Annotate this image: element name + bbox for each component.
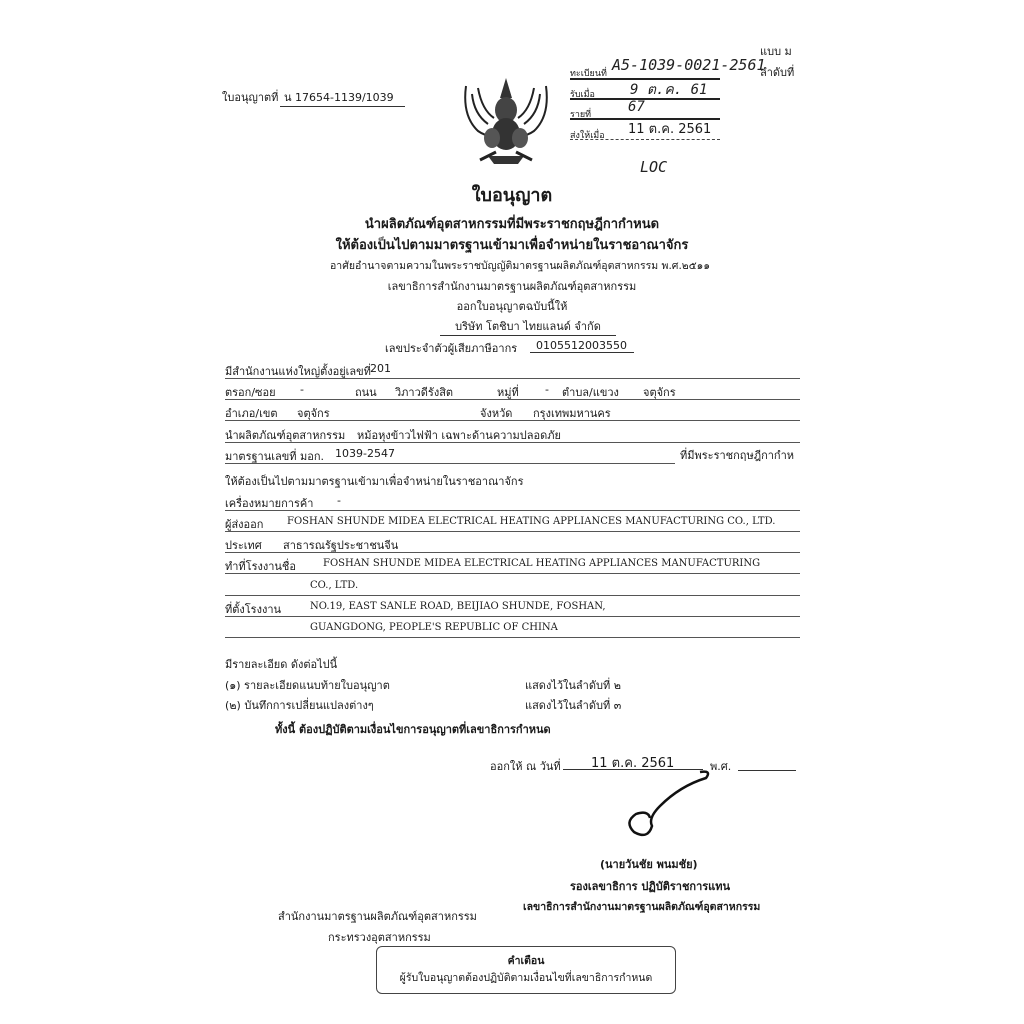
hq-value: 201: [370, 362, 391, 375]
address-row-2: อำเภอ/เขต จตุจักร จังหวัด กรุงเทพมหานคร: [225, 403, 800, 421]
amphoe-value: จตุจักร: [297, 404, 330, 422]
road-value: วิภาวดีรังสิต: [395, 383, 453, 401]
office-line-1: สำนักงานมาตรฐานผลิตภัณฑ์อุตสาหกรรม: [278, 907, 477, 925]
tax-id-value: 0105512003550: [530, 339, 634, 353]
condition-text: ทั้งนี้ ต้องปฏิบัติตามเงื่อนไขการอนุญาตท…: [275, 720, 551, 738]
factory-label: ทำที่โรงงานชื่อ: [225, 557, 296, 575]
factory-value-2: CO., LTD.: [310, 580, 358, 591]
document-title: ใบอนุญาต: [0, 180, 1024, 209]
product-label: นำผลิตภัณฑ์อุตสาหกรรม: [225, 426, 345, 444]
province-label: จังหวัด: [480, 404, 512, 422]
title-line-2: ให้ต้องเป็นไปตามมาตรฐานเข้ามาเพื่อจำหน่า…: [0, 234, 1024, 255]
address-row-1: ตรอก/ซอย - ถนน วิภาวดีรังสิต หมู่ที่ - ต…: [225, 382, 800, 400]
soi-value: -: [300, 383, 304, 396]
standard-row: มาตรฐานเลขที่ มอก. 1039-2547: [225, 446, 675, 464]
title-line-4: เลขาธิการสำนักงานมาตรฐานผลิตภัณฑ์อุตสาหก…: [0, 277, 1024, 295]
soi-label: ตรอก/ซอย: [225, 383, 276, 401]
details-item-2-ref: แสดงไว้ในลำดับที่ ๓: [525, 696, 621, 714]
location-row-2: GUANGDONG, PEOPLE'S REPUBLIC OF CHINA: [225, 620, 800, 638]
issue-era-line: [738, 753, 796, 771]
warning-box: คำเตือน ผู้รับใบอนุญาตต้องปฏิบัติตามเงื่…: [376, 946, 676, 994]
details-heading: มีรายละเอียด ดังต่อไปนี้: [225, 655, 337, 673]
issue-label: ออกให้ ณ วันที่: [490, 757, 561, 775]
receipt-count-label: รายที่: [570, 107, 591, 121]
receipt-stamp: ทะเบียนที่ A5-1039-0021-2561 รับเมื่อ 9 …: [570, 58, 720, 140]
hq-label: มีสำนักงานแห่งใหญ่ตั้งอยู่เลขที่: [225, 362, 371, 380]
trademark-value: -: [337, 494, 341, 507]
country-label: ประเทศ: [225, 536, 262, 554]
location-value-2: GUANGDONG, PEOPLE'S REPUBLIC OF CHINA: [310, 622, 558, 633]
exporter-row: ผู้ส่งออก FOSHAN SHUNDE MIDEA ELECTRICAL…: [225, 514, 800, 532]
signatory-position-2: เลขาธิการสำนักงานมาตรฐานผลิตภัณฑ์อุตสาหก…: [523, 898, 760, 915]
receipt-count-value: 67: [628, 99, 645, 115]
details-item-2-label: (๒) บันทึกการเปลี่ยนแปลงต่างๆ: [225, 696, 374, 714]
title-line-5: ออกใบอนุญาตฉบับนี้ให้: [0, 297, 1024, 315]
license-no-label: ใบอนุญาตที่: [222, 88, 278, 106]
tambon-label: ตำบล/แขวง: [562, 383, 619, 401]
exporter-label: ผู้ส่งออก: [225, 515, 263, 533]
location-value-1: NO.19, EAST SANLE ROAD, BEIJIAO SHUNDE, …: [310, 601, 606, 612]
office-line-2: กระทรวงอุตสาหกรรม: [328, 928, 431, 946]
product-row: นำผลิตภัณฑ์อุตสาหกรรม หม้อหุงข้าวไฟฟ้า เ…: [225, 425, 800, 443]
moo-value: -: [545, 383, 549, 396]
company-name: บริษัท โตชิบา ไทยแลนด์ จำกัด: [440, 317, 616, 336]
warning-title: คำเตือน: [377, 953, 675, 970]
road-label: ถนน: [355, 383, 377, 401]
license-no-value: น 17654-1139/1039: [280, 88, 405, 107]
standard-suffix: ที่มีพระราชกฤษฎีกากำห: [680, 446, 794, 464]
standard-value: 1039-2547: [335, 447, 395, 460]
signatory-position-1: รองเลขาธิการ ปฏิบัติราชการแทน: [570, 877, 730, 895]
hq-row: มีสำนักงานแห่งใหญ่ตั้งอยู่เลขที่ 201: [225, 361, 800, 379]
country-row: ประเทศ สาธารณรัฐประชาชนจีน: [225, 535, 800, 553]
conform-line: ให้ต้องเป็นไปตามมาตรฐานเข้ามาเพื่อจำหน่า…: [225, 472, 523, 490]
title-line-3: อาศัยอำนาจตามความในพระราชบัญญัติมาตรฐานผ…: [290, 257, 750, 274]
tax-id-label: เลขประจำตัวผู้เสียภาษีอากร: [385, 339, 517, 357]
moo-label: หมู่ที่: [497, 383, 519, 401]
receipt-issued-value: 11 ต.ค. 2561: [628, 118, 711, 139]
factory-row-1: ทำที่โรงงานชื่อ FOSHAN SHUNDE MIDEA ELEC…: [225, 556, 800, 574]
details-item-1-ref: แสดงไว้ในลำดับที่ ๒: [525, 676, 621, 694]
trademark-label: เครื่องหมายการค้า: [225, 494, 313, 512]
product-value: หม้อหุงข้าวไฟฟ้า เฉพาะด้านความปลอดภัย: [357, 426, 561, 444]
receipt-note: LOC: [640, 158, 667, 176]
amphoe-label: อำเภอ/เขต: [225, 404, 278, 422]
factory-row-2: CO., LTD.: [225, 578, 800, 596]
warning-text: ผู้รับใบอนุญาตต้องปฏิบัติตามเงื่อนไขที่เ…: [377, 970, 675, 987]
exporter-value: FOSHAN SHUNDE MIDEA ELECTRICAL HEATING A…: [287, 516, 775, 527]
signatory-name: (นายวันชัย พนมชัย): [600, 855, 698, 873]
details-item-1-label: (๑) รายละเอียดแนบท้ายใบอนุญาต: [225, 676, 390, 694]
trademark-row: เครื่องหมายการค้า -: [225, 493, 800, 511]
province-value: กรุงเทพมหานคร: [533, 404, 611, 422]
factory-value-1: FOSHAN SHUNDE MIDEA ELECTRICAL HEATING A…: [323, 558, 760, 569]
title-line-1: นำผลิตภัณฑ์อุตสาหกรรมที่มีพระราชกฤษฎีกาก…: [0, 213, 1024, 234]
receipt-received-value: 9 ต.ค. 61: [630, 79, 707, 101]
location-row-1: ที่ตั้งโรงงาน NO.19, EAST SANLE ROAD, BE…: [225, 599, 800, 617]
garuda-emblem-icon: [458, 76, 554, 170]
receipt-reg-value: A5-1039-0021-2561: [612, 56, 766, 74]
country-value: สาธารณรัฐประชาชนจีน: [283, 536, 398, 554]
receipt-reg-label: ทะเบียนที่: [570, 66, 607, 80]
receipt-received-label: รับเมื่อ: [570, 87, 595, 101]
receipt-issued-label: ส่งให้เมื่อ: [570, 128, 605, 142]
standard-label: มาตรฐานเลขที่ มอก.: [225, 447, 324, 465]
signature-icon: [620, 768, 720, 838]
location-label: ที่ตั้งโรงงาน: [225, 600, 281, 618]
tambon-value: จตุจักร: [643, 383, 676, 401]
